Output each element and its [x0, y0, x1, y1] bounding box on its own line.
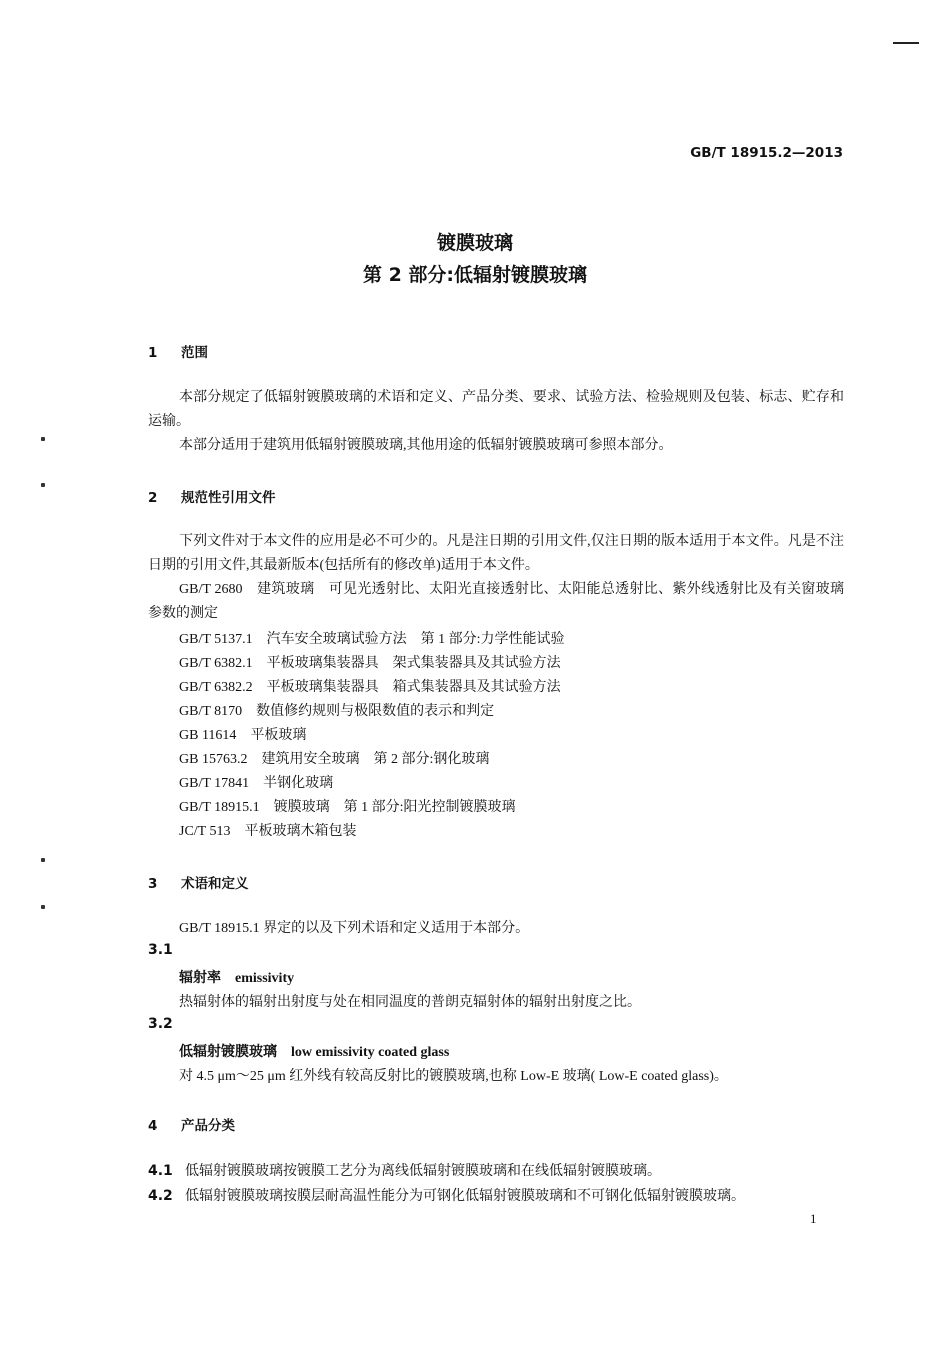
section-2-intro: 下列文件对于本文件的应用是必不可少的。凡是注日期的引用文件,仅注日期的版本适用于… [148, 530, 844, 578]
reference-item: GB/T 5137.1汽车安全玻璃试验方法 第 1 部分:力学性能试验 [179, 628, 565, 648]
term-heading: 辐射率emissivity [179, 967, 294, 987]
term-heading: 低辐射镀膜玻璃low emissivity coated glass [179, 1041, 449, 1061]
section-title: 规范性引用文件 [181, 490, 276, 506]
reference-item: GB 15763.2建筑用安全玻璃 第 2 部分:钢化玻璃 [179, 748, 489, 768]
page-number: 1 [810, 1211, 817, 1227]
section-title: 产品分类 [181, 1118, 235, 1134]
document-title: 镀膜玻璃 [0, 228, 950, 255]
document-subtitle: 第 2 部分:低辐射镀膜玻璃 [0, 260, 950, 287]
term-number: 3.1 [148, 942, 173, 958]
reference-item: GB 11614平板玻璃 [179, 724, 306, 744]
corner-mark [893, 42, 919, 44]
section-number: 3 [148, 876, 181, 892]
section-number: 4 [148, 1118, 181, 1134]
reference-item: GB/T 17841半钢化玻璃 [179, 772, 333, 792]
section-2-heading: 2规范性引用文件 [148, 486, 276, 506]
reference-gbt-2680: GB/T 2680 建筑玻璃 可见光透射比、太阳光直接透射比、太阳能总透射比、紫… [148, 578, 844, 626]
section-1-paragraph-2: 本部分适用于建筑用低辐射镀膜玻璃,其他用途的低辐射镀膜玻璃可参照本部分。 [148, 434, 844, 458]
classification-item: 4.1低辐射镀膜玻璃按镀膜工艺分为离线低辐射镀膜玻璃和在线低辐射镀膜玻璃。 [148, 1160, 661, 1180]
term-definition: 对 4.5 μm～25 μm 红外线有较高反射比的镀膜玻璃,也称 Low-E 玻… [179, 1065, 728, 1085]
classification-item: 4.2低辐射镀膜玻璃按膜层耐高温性能分为可钢化低辐射镀膜玻璃和不可钢化低辐射镀膜… [148, 1185, 745, 1205]
scan-artifact-dot [41, 483, 45, 487]
term-definition: 热辐射体的辐射出射度与处在相同温度的普朗克辐射体的辐射出射度之比。 [179, 991, 641, 1011]
reference-item: GB/T 8170数值修约规则与极限数值的表示和判定 [179, 700, 494, 720]
section-4-heading: 4产品分类 [148, 1114, 235, 1134]
standard-number: GB/T 18915.2—2013 [600, 145, 843, 162]
reference-item: GB/T 18915.1镀膜玻璃 第 1 部分:阳光控制镀膜玻璃 [179, 796, 516, 816]
scan-artifact-dot [41, 437, 45, 441]
section-title: 范围 [181, 345, 208, 361]
section-1-heading: 1范围 [148, 341, 208, 361]
section-number: 1 [148, 345, 181, 361]
term-number: 3.2 [148, 1016, 173, 1032]
scan-artifact-dot [41, 905, 45, 909]
section-3-heading: 3术语和定义 [148, 872, 249, 892]
section-1-paragraph-1: 本部分规定了低辐射镀膜玻璃的术语和定义、产品分类、要求、试验方法、检验规则及包装… [148, 386, 844, 434]
reference-item: GB/T 6382.2平板玻璃集装器具 箱式集装器具及其试验方法 [179, 676, 561, 696]
section-number: 2 [148, 490, 181, 506]
reference-item: JC/T 513平板玻璃木箱包装 [179, 820, 356, 840]
section-3-intro: GB/T 18915.1 界定的以及下列术语和定义适用于本部分。 [179, 917, 529, 937]
scan-artifact-dot [41, 858, 45, 862]
reference-item: GB/T 6382.1平板玻璃集装器具 架式集装器具及其试验方法 [179, 652, 561, 672]
section-title: 术语和定义 [181, 876, 249, 892]
